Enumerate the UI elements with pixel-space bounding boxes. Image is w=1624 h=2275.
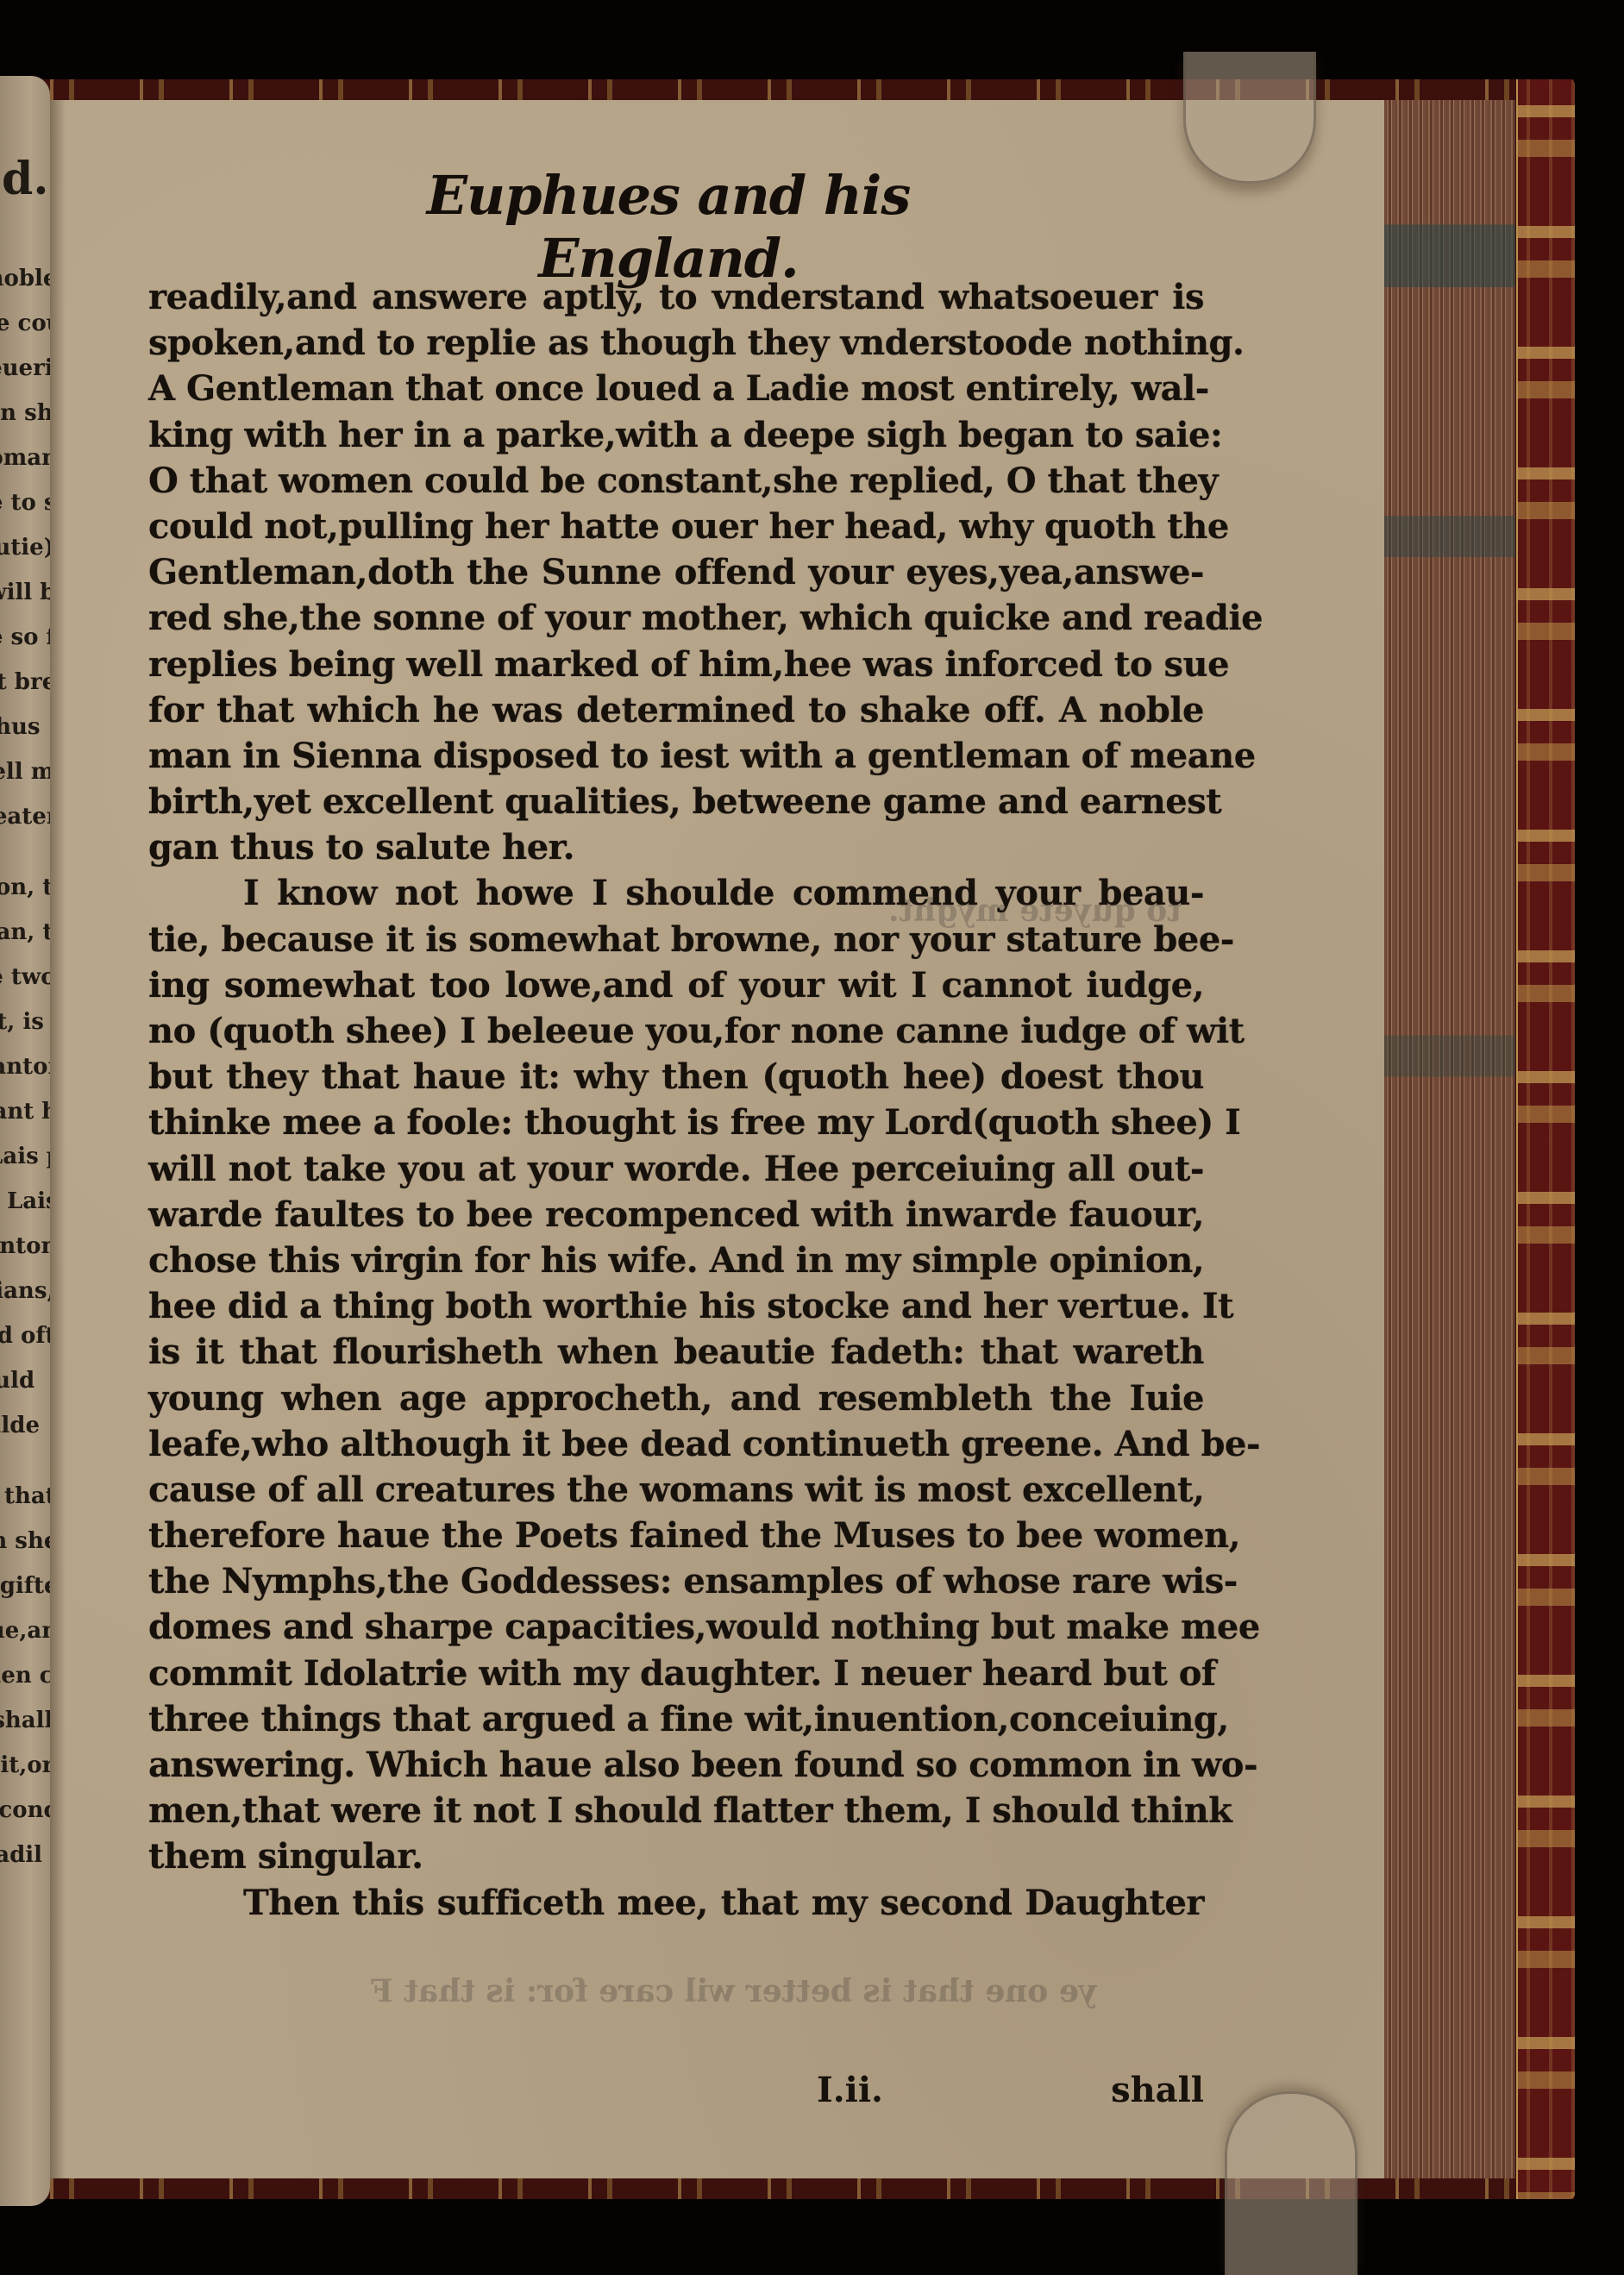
left-page-text-fragment: rein she: [0, 396, 50, 430]
text-line: chose this virgin for his wife. And in m…: [148, 1238, 1204, 1283]
text-line: replies being well marked of him,hee was…: [148, 642, 1204, 687]
clasp-strap-bottom: [1225, 2091, 1358, 2275]
text-line: birth,yet excellent qualities, betweene …: [148, 779, 1204, 824]
text-line: I know not howe I shoulde commend your b…: [148, 870, 1204, 916]
gilt-border-top: [34, 79, 1574, 100]
text-line: Then this sufficeth mee, that my second …: [148, 1880, 1204, 1926]
text-block: readily,and answere aptly, to vnderstand…: [148, 274, 1204, 1926]
text-line: three things that argued a fine wit,inue…: [148, 1696, 1204, 1742]
text-line: the Nymphs,the Goddesses: ensamples of w…: [148, 1558, 1204, 1604]
text-line: thinke mee a foole: thought is free my L…: [148, 1100, 1204, 1145]
left-page-text-fragment: ant brea: [0, 665, 50, 699]
catchword: shall: [1111, 2070, 1204, 2110]
text-line: is it that flourisheth when beautie fade…: [148, 1329, 1204, 1375]
left-page-text-fragment: uld ofte: [0, 1319, 50, 1353]
text-line: leafe,who although it bee dead continuet…: [148, 1421, 1204, 1467]
text-line: ing somewhat too lowe,and of your wit I …: [148, 962, 1204, 1008]
left-page-heading-fragment: d.: [2, 162, 48, 197]
text-line: therefore haue the Poets fained the Muse…: [148, 1513, 1204, 1558]
left-page-text-fragment: milde: [0, 1408, 40, 1443]
marbled-fore-edge: [1384, 100, 1515, 2178]
left-page-text-fragment: nton, t: [0, 870, 50, 905]
left-page-text-fragment: wit, is: [0, 1005, 44, 1039]
text-line: domes and sharpe capacities,would nothin…: [148, 1604, 1204, 1650]
text-line: O that women could be constant,she repli…: [148, 458, 1204, 504]
show-through-text: ye one that is better wil care for: is t…: [371, 1973, 1097, 2009]
left-page-text-fragment: g shall: [0, 1703, 50, 1738]
text-line: gan thus to salute her.: [148, 824, 1204, 870]
text-line: commit Idolatrie with my daughter. I neu…: [148, 1651, 1204, 1696]
clasp-strap-top: [1183, 52, 1316, 184]
text-line: answering. Which haue also been found so…: [148, 1742, 1204, 1788]
text-line: spoken,and to replie as though they vnde…: [148, 320, 1204, 366]
left-page-text-fragment: to concei: [0, 1793, 50, 1827]
left-page-text-fragment: the coun: [0, 306, 50, 341]
text-line: no (quoth shee) I beleeue you,for none c…: [148, 1008, 1204, 1054]
text-line: man in Sienna disposed to iest with a ge…: [148, 733, 1204, 779]
text-line: tie, because it is somewhat browne, nor …: [148, 917, 1204, 962]
text-line: Gentleman,doth the Sunne offend your eye…: [148, 549, 1204, 595]
text-line: cause of all creatures the womans wit is…: [148, 1467, 1204, 1513]
left-page-text-fragment: t Lais p: [0, 1139, 50, 1174]
left-page-text-fragment: wanton: [0, 1050, 50, 1084]
left-page-text-fragment: , euerie: [0, 351, 50, 385]
text-line: men,that were it not I should flatter th…: [148, 1788, 1204, 1833]
signature-mark: I.ii.: [817, 2070, 883, 2110]
left-page-text-fragment: e noble: [0, 261, 50, 296]
left-page-text-fragment: ceit,or a: [0, 1748, 50, 1783]
left-page-text-fragment: wanton,: [0, 1229, 50, 1263]
running-head: Euphues and his England.: [310, 164, 1026, 290]
left-page-text-fragment: could: [0, 1363, 34, 1398]
left-page-text-fragment: I will b: [0, 575, 50, 610]
left-page-text-fragment: asant ha: [0, 1094, 50, 1129]
text-line: warde faultes to bee recompenced with in…: [148, 1192, 1204, 1238]
left-page-text-fragment: ne so fam: [0, 620, 50, 655]
left-page-text-fragment: when com: [0, 1658, 50, 1693]
left-page-text-fragment: woman: [0, 441, 50, 475]
left-page-text-fragment: eautie) b: [0, 530, 50, 565]
left-page-text-fragment: greater: [0, 799, 50, 834]
left-page-text-fragment: man, th: [0, 915, 50, 949]
text-line: but they that haue it: why then (quoth h…: [148, 1054, 1204, 1100]
text-line: red she,the sonne of your mother, which …: [148, 595, 1204, 641]
text-line: king with her in a parke,with a deepe si…: [148, 412, 1204, 458]
left-page-text-fragment: readil: [0, 1838, 42, 1872]
text-line: for that which he was determined to shak…: [148, 687, 1204, 733]
gilt-border-right: [1516, 79, 1575, 2199]
left-page-text-fragment: hue,and: [0, 1614, 50, 1648]
left-page-text-fragment: th Lais,: [0, 1184, 50, 1219]
text-line: them singular.: [148, 1833, 1204, 1879]
left-page-text-fragment: ne to se: [0, 486, 50, 520]
text-line: readily,and answere aptly, to vnderstand…: [148, 274, 1204, 320]
left-page-text-fragment: , thus: [0, 710, 41, 744]
left-page-text-fragment: n, that: [0, 1479, 50, 1514]
left-page-text-fragment: oth she): [0, 1524, 50, 1558]
text-line: young when age approcheth, and resemblet…: [148, 1376, 1204, 1421]
left-page-edge: d. e noblethe coun, euerierein shewomann…: [0, 76, 50, 2206]
page-footer: I.ii. shall: [148, 2070, 1204, 2118]
gutter-shadow: [50, 100, 66, 2178]
text-line: A Gentleman that once loued a Ladie most…: [148, 366, 1204, 411]
left-page-text-fragment: ole two: [0, 960, 50, 994]
left-page-text-fragment: ptians,h: [0, 1274, 50, 1308]
text-line: hee did a thing both worthie his stocke …: [148, 1283, 1204, 1329]
left-page-text-fragment: st gifte: [0, 1569, 50, 1603]
left-page-text-fragment: well man: [0, 755, 50, 789]
text-line: will not take you at your worde. Hee per…: [148, 1146, 1204, 1192]
text-line: could not,pulling her hatte ouer her hea…: [148, 504, 1204, 549]
